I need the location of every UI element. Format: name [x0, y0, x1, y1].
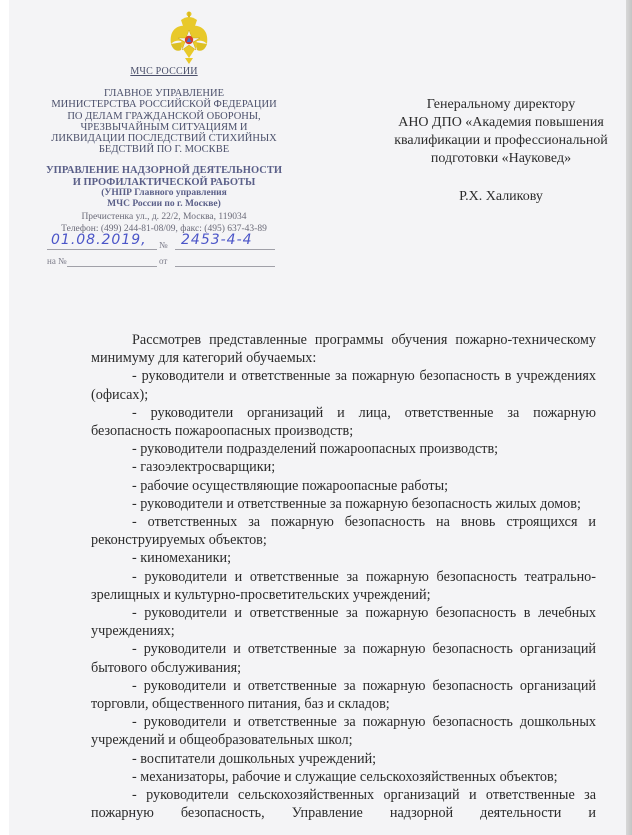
list-item: - ответственных за пожарную безопасность…	[91, 513, 596, 549]
addressee-block: Генеральному директору АНО ДПО «Академия…	[371, 96, 631, 206]
handwritten-date: 01.08.2019,	[51, 232, 147, 248]
list-item: - руководители сельскохозяйственных орга…	[91, 786, 596, 822]
org-line: ГЛАВНОЕ УПРАВЛЕНИЕ	[39, 88, 289, 99]
organization-name: ГЛАВНОЕ УПРАВЛЕНИЕ МИНИСТЕРСТВА РОССИЙСК…	[39, 88, 289, 156]
number-underline	[175, 249, 275, 250]
dept-line: И ПРОФИЛАКТИЧЕСКОЙ РАБОТЫ	[39, 177, 289, 189]
number-label: №	[159, 240, 168, 250]
addressee-line: подготовки «Науковед»	[371, 150, 631, 168]
reference-line: на № от	[47, 256, 277, 270]
org-line: МИНИСТЕРСТВА РОССИЙСКОЙ ФЕДЕРАЦИИ	[39, 99, 289, 110]
list-item: - рабочие осуществляющие пожароопасные р…	[91, 477, 596, 495]
handwritten-reg-number: 2453-4-4	[181, 232, 253, 248]
list-item: - руководители и ответственные за пожарн…	[91, 568, 596, 604]
ministry-short-name: МЧС РОССИИ	[39, 66, 289, 77]
dept-line: (УНПР Главного управления	[39, 188, 289, 199]
ref-date-underline	[175, 266, 275, 267]
list-item: - воспитатели дошкольных учреждений;	[91, 750, 596, 768]
letter-body: Рассмотрев представленные программы обуч…	[91, 331, 596, 822]
org-line: ПО ДЕЛАМ ГРАЖДАНСКОЙ ОБОРОНЫ,	[39, 111, 289, 122]
date-underline	[47, 249, 157, 250]
list-item: - руководители и ответственные за пожарн…	[91, 713, 596, 749]
registration-line: 01.08.2019, № 2453-4-4	[47, 236, 277, 252]
mchs-emblem-icon	[167, 10, 211, 66]
list-item: - руководители и ответственные за пожарн…	[91, 367, 596, 403]
addressee-line: квалификации и профессиональной	[371, 132, 631, 150]
ref-from-label: от	[159, 256, 167, 266]
dept-line: МЧС России по г. Москве)	[39, 199, 289, 210]
list-item: - руководители и ответственные за пожарн…	[91, 677, 596, 713]
list-item: - киномеханики;	[91, 549, 596, 567]
list-item: - руководители подразделений пожароопасн…	[91, 440, 596, 458]
list-item: - руководители организаций и лица, ответ…	[91, 404, 596, 440]
document-page: МЧС РОССИИ ГЛАВНОЕ УПРАВЛЕНИЕ МИНИСТЕРСТ…	[9, 0, 626, 835]
org-line: ЧРЕЗВЫЧАЙНЫМ СИТУАЦИЯМ И	[39, 122, 289, 133]
addressee-line: АНО ДПО «Академия повышения	[371, 114, 631, 132]
ref-number-underline	[67, 266, 157, 267]
org-line: ЛИКВИДАЦИИ ПОСЛЕДСТВИЙ СТИХИЙНЫХ	[39, 133, 289, 144]
department-name: УПРАВЛЕНИЕ НАДЗОРНОЙ ДЕЯТЕЛЬНОСТИ И ПРОФ…	[39, 165, 289, 210]
postal-address: Пречистенка ул., д. 22/2, Москва, 119034	[39, 212, 289, 224]
list-item: - руководители и ответственные за пожарн…	[91, 604, 596, 640]
addressee-name: Р.Х. Халикову	[371, 188, 631, 206]
dept-line: УПРАВЛЕНИЕ НАДЗОРНОЙ ДЕЯТЕЛЬНОСТИ	[39, 165, 289, 177]
list-item: - руководители и ответственные за пожарн…	[91, 495, 596, 513]
org-line: БЕДСТВИЙ ПО Г. МОСКВЕ	[39, 144, 289, 155]
list-item: - механизаторы, рабочие и служащие сельс…	[91, 768, 596, 786]
list-item: - руководители и ответственные за пожарн…	[91, 640, 596, 676]
ref-number-label: на №	[47, 256, 67, 266]
addressee-line: Генеральному директору	[371, 96, 631, 114]
list-item: - газоэлектросварщики;	[91, 458, 596, 476]
intro-paragraph: Рассмотрев представленные программы обуч…	[91, 331, 596, 367]
